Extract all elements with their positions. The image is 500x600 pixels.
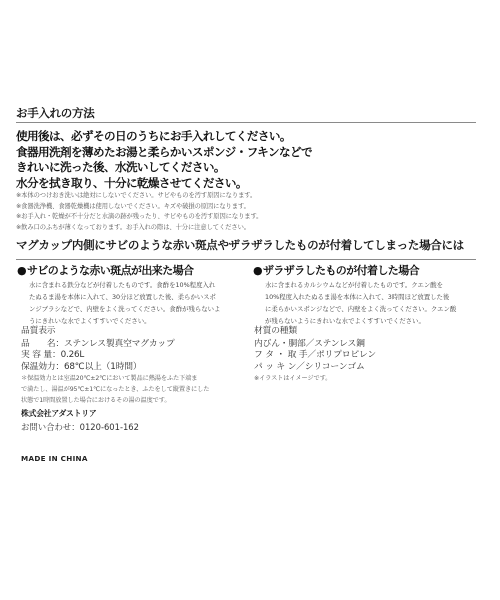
care-title-divider xyxy=(16,122,476,123)
material-row: フ タ ・ 取 手／ポリプロピレン xyxy=(254,350,376,362)
care-instruction-line: きれいに洗った後、水洗いしてください。 xyxy=(16,160,312,176)
rough-deposit-instructions: 水に含まれるカルシウムなどが付着したものです。クエン酸を 10%程度入れたぬるま… xyxy=(265,279,483,327)
instruction-line: に柔らかいスポンジなどで、内壁をよく洗ってください。クエン酸 xyxy=(265,303,483,315)
quality-label: 品質表示 品 名：ステンレス製真空マグカップ 実 容 量：0.26L 保温効力：… xyxy=(21,326,209,406)
bullet-icon: ● xyxy=(17,264,26,277)
rough-deposit-column: ●ザラザラしたものが付着した場合 水に含まれるカルシウムなどが付着したものです。… xyxy=(253,264,483,327)
care-instruction-line: 使用後は、必ずその日のうちにお手入れしてください。 xyxy=(16,129,312,145)
heat-retention-note-line: で満たし、湯温が95℃±1℃になったとき、ふたをして縦置きにした xyxy=(21,384,209,395)
instruction-line: たぬるま湯を本体に入れて、30分ほど放置した後、柔らかいスポ xyxy=(29,291,247,303)
rust-spots-column: ●サビのような赤い斑点が出来た場合 水に含まれる鉄分などが付着したものです。食酢… xyxy=(17,264,247,327)
contact-phone: お問い合わせ：0120-601-162 xyxy=(21,421,139,433)
instruction-line: 水に含まれる鉄分などが付着したものです。食酢を10%程度入れ xyxy=(29,279,247,291)
instruction-line: 10%程度入れたぬるま湯を本体に入れて、3時間ほど放置した後 xyxy=(265,291,483,303)
company-name: 株式会社アダストリア xyxy=(21,408,96,419)
rust-spots-instructions: 水に含まれる鉄分などが付着したものです。食酢を10%程度入れ たぬるま湯を本体に… xyxy=(29,279,247,327)
heat-retention-note-line: ＊保温効力とは室温20℃±2℃において製品に熱湯をふた下端ま xyxy=(21,373,209,384)
instruction-line: 水に含まれるカルシウムなどが付着したものです。クエン酸を xyxy=(265,279,483,291)
heat-retention-note: ＊保温効力とは室温20℃±2℃において製品に熱湯をふた下端ま で満たし、湯温が9… xyxy=(21,373,209,406)
care-note: ※飲み口のふちが薄くなっております。お手入れの際は、十分に注意してください。 xyxy=(16,223,262,234)
rust-spots-heading-text: サビのような赤い斑点が出来た場合 xyxy=(27,264,193,277)
care-instruction-line: 食器用洗剤を薄めたお湯と柔らかいスポンジ・フキンなどで xyxy=(16,145,312,161)
heat-retention-note-line: 状態で1時間放置した場合におけるその湯の温度です。 xyxy=(21,395,209,406)
care-note: ※本体のつけおき洗いは絶対にしないでください。サビやものを汚す原因になります。 xyxy=(16,191,262,202)
quality-row: 品 名：ステンレス製真空マグカップ xyxy=(21,339,209,351)
rough-deposit-heading-text: ザラザラしたものが付着した場合 xyxy=(263,264,419,277)
materials-title: 材質の種類 xyxy=(254,326,376,338)
illustration-note: ※イラストはイメージです。 xyxy=(254,373,376,384)
rough-deposit-heading: ●ザラザラしたものが付着した場合 xyxy=(253,264,483,278)
quality-row: 保温効力：68℃以上（1時間） xyxy=(21,362,209,374)
care-instructions: 使用後は、必ずその日のうちにお手入れしてください。 食器用洗剤を薄めたお湯と柔ら… xyxy=(16,129,312,191)
care-notes: ※本体のつけおき洗いは絶対にしないでください。サビやものを汚す原因になります。 … xyxy=(16,191,262,233)
rust-title-divider xyxy=(16,259,476,260)
rust-spots-heading: ●サビのような赤い斑点が出来た場合 xyxy=(17,264,247,278)
instruction-line: ンジブラシなどで、内壁をよく洗ってください。食酢が残らないよ xyxy=(29,303,247,315)
quality-label-title: 品質表示 xyxy=(21,326,209,338)
care-instruction-line: 水分を拭き取り、十分に乾燥させてください。 xyxy=(16,176,312,192)
care-note: ※お手入れ・乾燥が不十分だと水滴の跡が残ったり、サビやものを汚す原因になります。 xyxy=(16,212,262,223)
materials-list: 材質の種類 内びん・胴部／ステンレス鋼 フ タ ・ 取 手／ポリプロピレン パ … xyxy=(254,326,376,384)
care-note: ※食器洗浄機、食器乾燥機は使用しないでください。キズや破損の原因になります。 xyxy=(16,202,262,213)
care-section-title: お手入れの方法 xyxy=(16,105,94,121)
quality-row: 実 容 量：0.26L xyxy=(21,350,209,362)
country-of-origin: MADE IN CHINA xyxy=(21,454,88,463)
bullet-icon: ● xyxy=(253,264,262,277)
material-row: パ ッ キ ン／シリコーンゴム xyxy=(254,362,376,374)
material-row: 内びん・胴部／ステンレス鋼 xyxy=(254,339,376,351)
rust-section-title: マグカップ内側にサビのような赤い斑点やザラザラしたものが付着してしまった場合には xyxy=(16,237,464,253)
